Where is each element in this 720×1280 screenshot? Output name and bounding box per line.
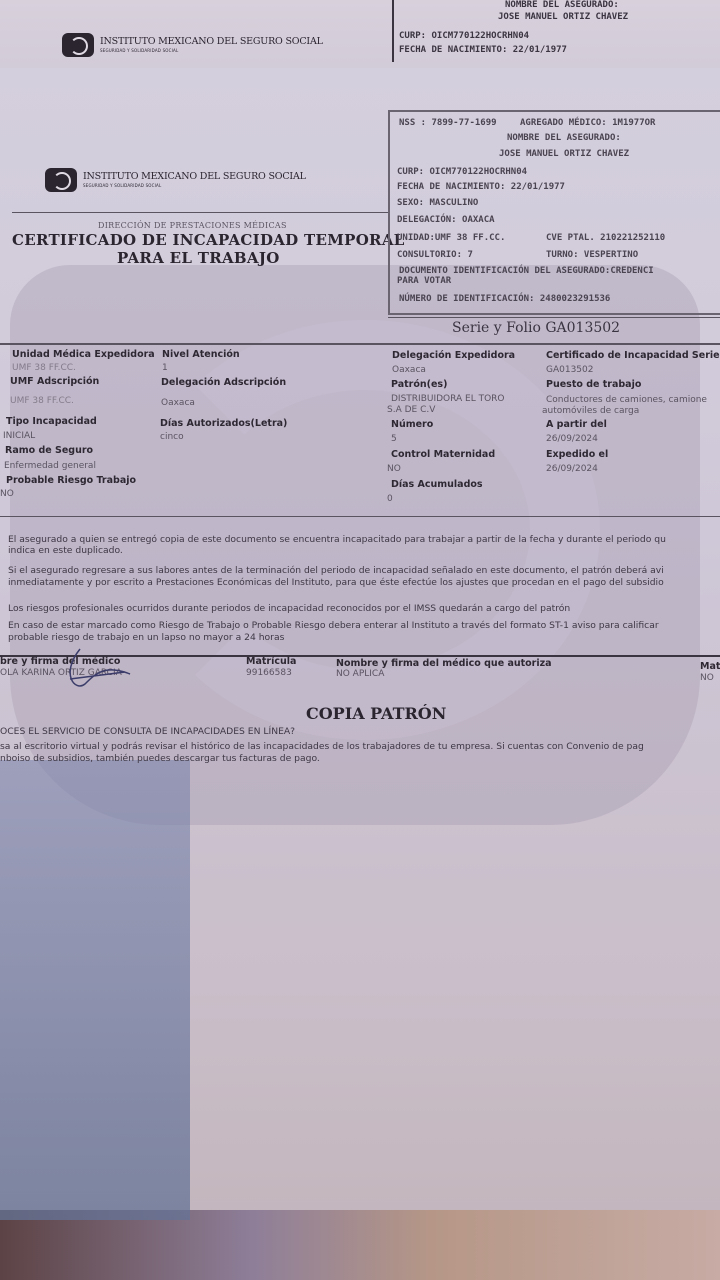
back-fecha-nacimiento: FECHA DE NACIMIENTO: 22/01/1977 <box>399 45 567 55</box>
note-1b: indica en este duplicado. <box>8 545 720 557</box>
divider <box>392 0 394 62</box>
table-surface <box>0 1210 720 1280</box>
probable-riesgo-value: NO <box>0 489 14 499</box>
copia-line-2: sa al escritorio virtual y podrás revisa… <box>0 741 720 753</box>
turno: TURNO: VESPERTINO <box>546 250 638 260</box>
rule <box>388 317 720 318</box>
autoriza-label: Nombre y firma del médico que autoriza <box>336 658 552 669</box>
nombre-value: JOSE MANUEL ORTIZ CHAVEZ <box>499 149 629 159</box>
nivel-atencion-value: 1 <box>162 363 168 373</box>
direccion: DIRECCIÓN DE PRESTACIONES MÉDICAS <box>98 221 287 230</box>
imss-logo: INSTITUTO MEXICANO DEL SEGURO SOCIAL SEG… <box>45 168 306 192</box>
signature-scribble-icon <box>50 644 140 694</box>
ramo-seguro-label: Ramo de Seguro <box>5 445 93 456</box>
rule <box>0 516 720 517</box>
cve-ptal: CVE PTAL. 210221252110 <box>546 233 665 243</box>
unidad-medica-value: UMF 38 FF.CC. <box>12 363 76 373</box>
back-nombre-label: NOMBRE DEL ASEGURADO: <box>505 0 619 10</box>
dias-autorizados-label: Días Autorizados(Letra) <box>160 418 287 429</box>
fecha-nacimiento: FECHA DE NACIMIENTO: 22/01/1977 <box>397 182 565 192</box>
consultorio: CONSULTORIO: 7 <box>397 250 473 260</box>
delegacion-expedidora-label: Delegación Expedidora <box>392 350 515 361</box>
nivel-atencion-label: Nivel Atención <box>162 349 240 360</box>
note-2: Si el asegurado regresare a sus labores … <box>8 565 720 577</box>
institute-tagline: SEGURIDAD Y SOLIDARIDAD SOCIAL <box>83 183 306 188</box>
certificado-serie-label: Certificado de Incapacidad Serie <box>546 350 720 361</box>
delegacion-adscripcion-value: Oaxaca <box>161 398 195 408</box>
numero-value: 5 <box>391 434 397 444</box>
patron-value: DISTRIBUIDORA EL TORO <box>391 394 505 404</box>
control-maternidad-label: Control Maternidad <box>391 449 495 460</box>
expedido-label: Expedido el <box>546 449 608 460</box>
dias-acumulados-label: Días Acumulados <box>391 479 483 490</box>
puesto-value-2: automóviles de carga <box>542 406 639 416</box>
imss-logo-icon <box>45 168 77 192</box>
control-maternidad-value: NO <box>387 464 401 474</box>
sexo: SEXO: MASCULINO <box>397 198 478 208</box>
certificado-serie-value: GA013502 <box>546 365 594 375</box>
dias-autorizados-value: cinco <box>160 432 184 442</box>
copia-line-1: OCES EL SERVICIO DE CONSULTA DE INCAPACI… <box>0 726 720 738</box>
note-2b: inmediatamente y por escrito a Prestacio… <box>8 577 720 589</box>
ramo-seguro-value: Enfermedad general <box>4 461 96 471</box>
numero-label: Número <box>391 419 433 430</box>
institute-name: INSTITUTO MEXICANO DEL SEGURO SOCIAL <box>83 172 306 182</box>
copia-line-3: nboiso de subsidios, también puedes desc… <box>0 753 720 765</box>
tipo-incapacidad-value: INICIAL <box>3 431 35 441</box>
curp: CURP: OICM770122HOCRHN04 <box>397 167 527 177</box>
puesto-label: Puesto de trabajo <box>546 379 641 390</box>
note-4b: probable riesgo de trabajo en un lapso n… <box>8 632 720 644</box>
header-rule <box>12 212 388 213</box>
matricula-value: 99166583 <box>246 668 292 678</box>
serie-folio: Serie y Folio GA013502 <box>452 320 620 336</box>
delegacion-expedidora-value: Oaxaca <box>392 365 426 375</box>
umf-adscripcion-value: UMF 38 FF.CC. <box>10 396 74 406</box>
page-title: CERTIFICADO DE INCAPACIDAD TEMPORAL <box>12 231 405 249</box>
note-3: Los riesgos profesionales ocurridos dura… <box>8 603 720 615</box>
matricula-label: Matrícula <box>246 656 296 667</box>
patron-label: Patrón(es) <box>391 379 447 390</box>
page-subtitle: PARA EL TRABAJO <box>117 249 280 267</box>
expedido-value: 26/09/2024 <box>546 464 598 474</box>
institute-tagline: SEGURIDAD Y SOLIDARIDAD SOCIAL <box>100 48 323 53</box>
rule <box>0 343 720 345</box>
institute-name: INSTITUTO MEXICANO DEL SEGURO SOCIAL <box>100 37 323 47</box>
probable-riesgo-label: Probable Riesgo Trabajo <box>6 475 136 486</box>
umf-adscripcion-label: UMF Adscripción <box>10 376 99 387</box>
matricula-2-value: NO <box>700 673 714 683</box>
delegacion: DELEGACIÓN: OAXACA <box>397 215 495 225</box>
dias-acumulados-value: 0 <box>387 494 393 504</box>
copia-title: COPIA PATRÓN <box>306 704 446 723</box>
matricula-2-label: Mat <box>700 661 720 672</box>
delegacion-adscripcion-label: Delegación Adscripción <box>161 377 286 388</box>
a-partir-value: 26/09/2024 <box>546 434 598 444</box>
autoriza-value: NO APLICA <box>336 669 384 679</box>
numero-identificacion: NÚMERO DE IDENTIFICACIÓN: 2480023291536 <box>399 294 610 304</box>
back-nombre-value: JOSE MANUEL ORTIZ CHAVEZ <box>498 12 628 22</box>
agregado-medico: AGREGADO MÉDICO: 1M1977OR <box>520 118 655 128</box>
tipo-incapacidad-label: Tipo Incapacidad <box>6 416 97 427</box>
nombre-label: NOMBRE DEL ASEGURADO: <box>507 133 621 143</box>
back-imss-logo: INSTITUTO MEXICANO DEL SEGURO SOCIAL SEG… <box>62 33 323 57</box>
documento-identificacion: DOCUMENTO IDENTIFICACIÓN DEL ASEGURADO:C… <box>399 266 654 276</box>
patron-value-2: S.A DE C.V <box>387 405 435 415</box>
nss: NSS : 7899-77-1699 <box>399 118 497 128</box>
puesto-value: Conductores de camiones, camione <box>546 395 707 405</box>
imss-logo-icon <box>62 33 94 57</box>
unidad-medica-label: Unidad Médica Expedidora <box>12 349 155 360</box>
a-partir-label: A partir del <box>546 419 607 430</box>
note-4: En caso de estar marcado como Riesgo de … <box>8 620 720 632</box>
back-curp: CURP: OICM770122HOCRHN04 <box>399 31 529 41</box>
shadow <box>0 760 190 1220</box>
documento-tipo: PARA VOTAR <box>397 276 451 286</box>
unidad: UNIDAD:UMF 38 FF.CC. <box>397 233 505 243</box>
